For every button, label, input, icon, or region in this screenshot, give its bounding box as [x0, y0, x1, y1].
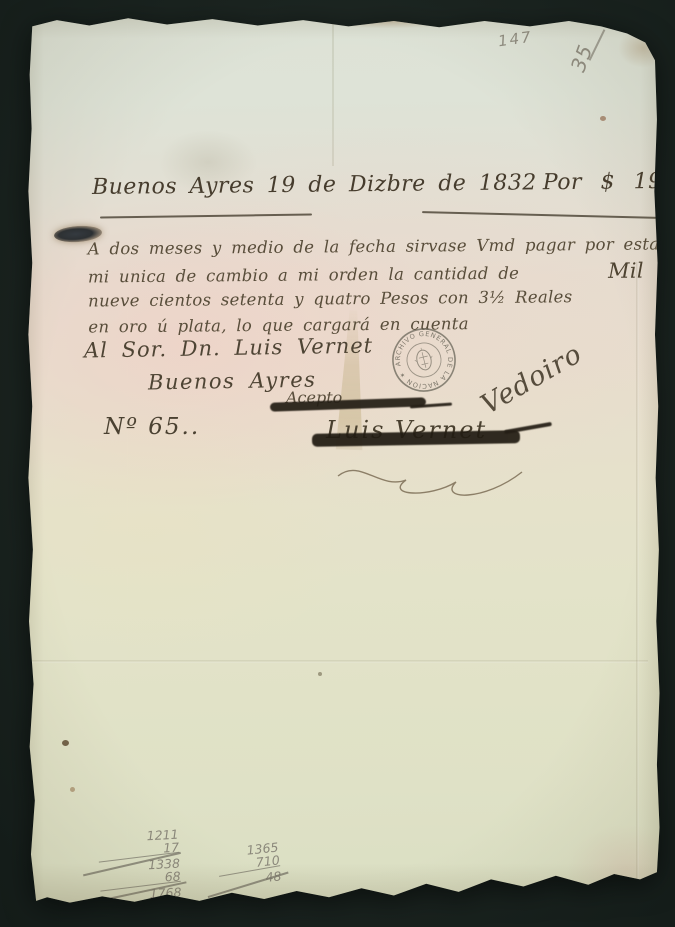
- fold-line-horizontal: [28, 660, 648, 663]
- paper-speck: [318, 672, 322, 676]
- drawer-signature: Vedoiro: [476, 338, 588, 421]
- currency-symbol: $: [600, 169, 615, 194]
- dateline-amount: Por $ 1974. 3½: [537, 168, 675, 195]
- amount-value: 1974. 3½: [633, 168, 675, 194]
- dateline: Buenos Ayres 19 de Dizbre de 1832 Por $ …: [92, 169, 658, 200]
- paper-stain: [566, 824, 675, 914]
- pencil-slash-mark: [589, 29, 606, 60]
- scan-background: 147 35 Buenos Ayres 19 de Dizbre de 1832…: [0, 0, 675, 927]
- stamp-coat-of-arms: [412, 346, 435, 372]
- pencil-math-value: 1768: [89, 886, 182, 904]
- paper-sheet: 147 35 Buenos Ayres 19 de Dizbre de 1832…: [18, 12, 666, 908]
- pencil-folio-number: 147: [497, 28, 534, 51]
- addressee-name: Al Sor. Dn. Luis Vernet: [84, 333, 373, 362]
- bill-number: Nº 65..: [104, 414, 200, 440]
- paper-speck: [600, 116, 606, 121]
- signature-flourish: [334, 450, 526, 496]
- body-line-2-emphasis: Mil: [608, 258, 644, 284]
- fold-line-vertical: [636, 262, 639, 902]
- amount-prefix: Por: [543, 170, 582, 195]
- bill-body: A dos meses y medio de la fecha sirvase …: [88, 232, 651, 341]
- dateline-underline-left: [100, 214, 312, 219]
- paper-speck: [70, 787, 75, 792]
- ink-strike: [312, 430, 520, 447]
- pencil-math-right: 1365 710 48: [208, 840, 282, 889]
- dateline-underline-right: [422, 211, 660, 219]
- pencil-math-left: 1211 17 1338 68 1768: [86, 828, 182, 904]
- ink-strike: [504, 422, 552, 434]
- paper-stain: [618, 28, 668, 68]
- body-line-3: nueve cientos setenta y quatro Pesos con…: [88, 284, 650, 315]
- paper-speck: [62, 740, 69, 746]
- dateline-place-date: Buenos Ayres 19 de Dizbre de 1832: [92, 170, 537, 200]
- body-line-1: A dos meses y medio de la fecha sirvase …: [88, 232, 650, 263]
- pencil-corner-number: 35: [566, 41, 598, 75]
- fold-line-top: [332, 16, 334, 166]
- document-paper: 147 35 Buenos Ayres 19 de Dizbre de 1832…: [18, 12, 666, 908]
- paper-stain: [318, 14, 458, 28]
